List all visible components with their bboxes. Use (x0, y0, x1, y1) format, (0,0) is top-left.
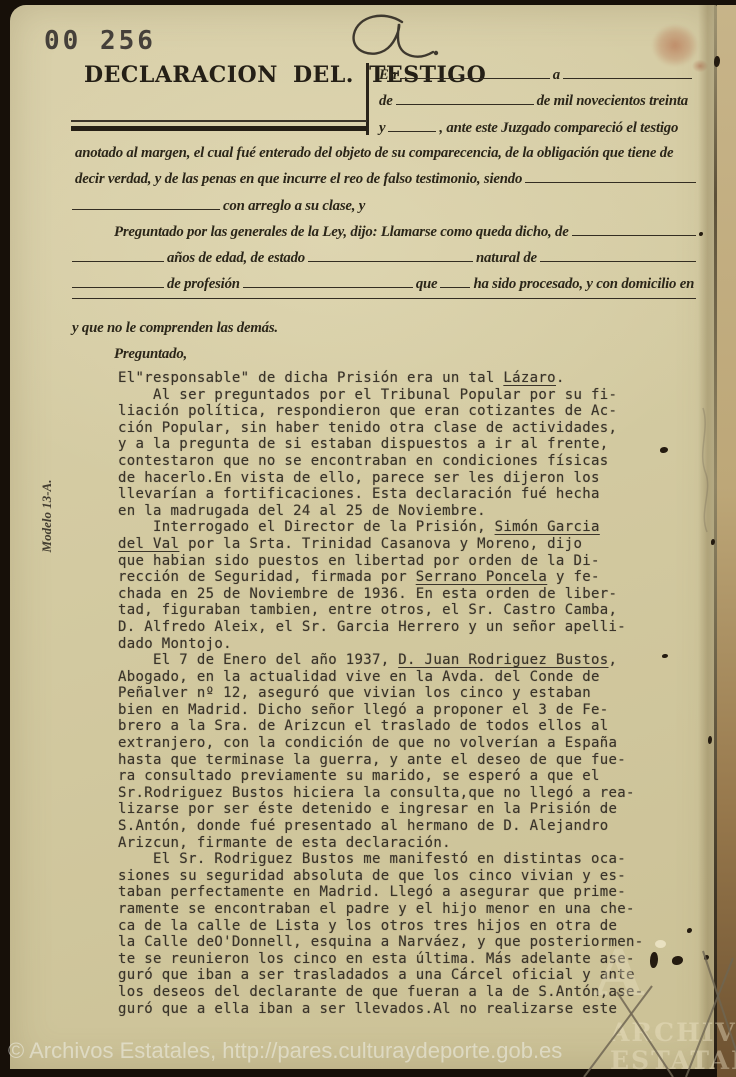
archive-watermark-line1: ARCHIVOS (610, 1018, 736, 1047)
typewritten-line: Peñalver nº 12, aseguró que vivian los c… (118, 685, 658, 702)
typewritten-line: ramente se encontraban el padre y el hij… (118, 901, 658, 918)
typed-text: ca de la calle de Lista y los otros tres… (118, 918, 617, 934)
typed-text: tad, figuraban tambien, entre otros, el … (118, 602, 617, 618)
blank-fill-line (72, 261, 164, 262)
typewritten-line: dado Montojo. (118, 636, 658, 653)
typewritten-line: Abogado, en la actualidad vive en la Avd… (118, 669, 658, 686)
underlined-name: D. Juan Rodriguez Bustos (398, 652, 608, 668)
pares-copyright-watermark: © Archivos Estatales, http://pares.cultu… (8, 1038, 562, 1064)
typewritten-line: brero a la Sra. de Arizcun el traslado d… (118, 718, 658, 735)
archive-watermark-line2: ESTATALES (610, 1046, 736, 1075)
form-text: de profesión (167, 271, 240, 297)
typed-text: hasta que terminase la guerra, y ante el… (118, 752, 626, 768)
underlined-name: del Val (118, 536, 179, 552)
typed-text: Peñalver nº 12, aseguró que vivian los c… (118, 685, 591, 701)
typed-text: rección de Seguridad, firmada por (118, 569, 416, 585)
typewritten-line: ción Popular, sin haber tenido otra clas… (118, 420, 658, 437)
typed-text: brero a la Sra. de Arizcun el traslado d… (118, 718, 609, 734)
typewritten-line: que habian sido puestos en libertad por … (118, 553, 658, 570)
typewritten-line: taban perfectamente en Madrid. Llegó a a… (118, 884, 658, 901)
typed-text: ramente se encontraban el padre y el hij… (118, 901, 635, 917)
typed-text: Arizcun, firmante de esta declaración. (118, 835, 451, 851)
typed-text: D. Alfredo Aleix, el Sr. Garcia Herrero … (118, 619, 626, 635)
typed-text: S.Antón, donde fué presentado al hermano… (118, 818, 609, 834)
blank-fill-line (388, 131, 436, 132)
typewritten-line: rección de Seguridad, firmada por Serran… (118, 569, 658, 586)
typewritten-line: la Calle deO'Donnell, esquina a Narváez,… (118, 934, 658, 951)
typed-text: El"responsable" de dicha Prisión era un … (118, 370, 503, 386)
typewritten-line: extranjero, con la condición de que no v… (118, 735, 658, 752)
typewritten-line: lizarse por ser éste detenido e ingresar… (118, 801, 658, 818)
form-text: decir verdad, y de las penas en que incu… (75, 166, 522, 192)
form-header-fields: Enadede mil novecientos treintay, ante e… (376, 62, 692, 141)
title-double-rule (71, 120, 367, 131)
typed-text: los deseos del declarante de que fueran … (118, 984, 644, 1000)
typewritten-line: El"responsable" de dicha Prisión era un … (118, 370, 658, 387)
typed-text: ra consultado previamente su marido, se … (118, 768, 600, 784)
blank-fill-line (72, 209, 220, 210)
blank-fill-line (540, 261, 696, 262)
blank-fill-line (72, 287, 164, 288)
typewritten-line: S.Antón, donde fué presentado al hermano… (118, 818, 658, 835)
typewritten-line: los deseos del declarante de que fueran … (118, 984, 658, 1001)
handwritten-letter-a (340, 8, 450, 66)
typewritten-line: chada en 25 de Noviembre de 1936. En est… (118, 586, 658, 603)
typed-text: te se reunieron los cinco en esta última… (118, 951, 635, 967)
typed-text: llevarían a fortificaciones. Esta declar… (118, 486, 600, 502)
blank-fill-line (572, 235, 696, 236)
margin-model-label: Modelo 13-A. (39, 455, 55, 577)
typed-text: la Calle deO'Donnell, esquina a Narváez,… (118, 934, 644, 950)
typed-text: , (609, 652, 618, 668)
form-row: Preguntado por las generales de la Ley, … (72, 219, 696, 245)
typewritten-line: ca de la calle de Lista y los otros tres… (118, 918, 658, 935)
form-text: , ante este Juzgado compareció el testig… (439, 115, 678, 141)
typewritten-line: Sr.Rodriguez Bustos hiciera la consulta,… (118, 785, 658, 802)
typed-text: . (556, 370, 565, 386)
typed-text: siones su seguridad absoluta de que los … (118, 868, 626, 884)
blank-fill-line (308, 261, 473, 262)
typewritten-line: de hacerlo.En vista de ello, parece ser … (118, 470, 658, 487)
typewritten-line: contestaron que no se encontraban en con… (118, 453, 658, 470)
blank-fill-line (400, 78, 550, 79)
typed-text: El Sr. Rodriguez Bustos me manifestó en … (118, 851, 626, 867)
form-row: dede mil novecientos treinta (376, 88, 692, 114)
typewritten-line: Al ser preguntados por el Tribunal Popul… (118, 387, 658, 404)
typewritten-line: siones su seguridad absoluta de que los … (118, 868, 658, 885)
form-text: años de edad, de estado (167, 245, 305, 271)
form-text: y (379, 115, 385, 141)
typed-text: Interrogado el Director de la Prisión, (118, 519, 495, 535)
typewritten-line: llevarían a fortificaciones. Esta declar… (118, 486, 658, 503)
typed-text: guró que iban a ser trasladados a una Cá… (118, 967, 635, 983)
typed-text: contestaron que no se encontraban en con… (118, 453, 609, 469)
form-text: En (379, 62, 397, 88)
form-row: con arreglo a su clase, y (72, 193, 696, 219)
blank-fill-line (563, 78, 692, 79)
form-row: Ena (376, 62, 692, 88)
form-text: que (416, 271, 438, 297)
typed-text: dado Montojo. (118, 636, 232, 652)
form-text: ha sido procesado, y con domicilio en (473, 271, 694, 297)
typed-text: bien en Madrid. Dicho señor llegó a prop… (118, 702, 609, 718)
typed-text: por la Srta. Trinidad Casanova y Moreno,… (179, 536, 582, 552)
typewritten-line: del Val por la Srta. Trinidad Casanova y… (118, 536, 658, 553)
form-text: de mil novecientos treinta (537, 88, 688, 114)
typed-text: El 7 de Enero del año 1937, (118, 652, 398, 668)
typewritten-testimony: El"responsable" de dicha Prisión era un … (118, 370, 658, 1017)
form-row: años de edad, de estadonatural de (72, 245, 696, 271)
typewritten-line: te se reunieron los cinco en esta última… (118, 951, 658, 968)
form-clause-note: y que no le comprenden las demás. (72, 320, 278, 337)
form-row: anotado al margen, el cual fué enterado … (72, 140, 696, 166)
typed-text: taban perfectamente en Madrid. Llegó a a… (118, 884, 626, 900)
under-page-strip (717, 5, 736, 1077)
typed-text: Al ser preguntados por el Tribunal Popul… (118, 387, 617, 403)
typed-text: guró que a ella iban a ser llevados.Al n… (118, 1001, 617, 1017)
typewritten-line: El 7 de Enero del año 1937, D. Juan Rodr… (118, 652, 658, 669)
typed-text: Abogado, en la actualidad vive en la Avd… (118, 669, 600, 685)
blank-fill-line (525, 182, 696, 183)
typed-text: chada en 25 de Noviembre de 1936. En est… (118, 586, 617, 602)
form-row: de profesiónqueha sido procesado, y con … (72, 271, 696, 297)
typed-text: y a la pregunta de si estaban dispuestos… (118, 436, 609, 452)
typewritten-line: hasta que terminase la guerra, y ante el… (118, 752, 658, 769)
typed-text: Sr.Rodriguez Bustos hiciera la consulta,… (118, 785, 635, 801)
archive-logo-watermark: A (594, 936, 644, 1011)
blank-fill-line (396, 104, 534, 105)
underlined-name: Simón Garcia (495, 519, 600, 535)
form-text: de (379, 88, 393, 114)
form-row: decir verdad, y de las penas en que incu… (72, 166, 696, 192)
form-text: con arreglo a su clase, y (223, 193, 365, 219)
typewritten-line: en la madrugada del 24 al 25 de Noviembr… (118, 503, 658, 520)
form-text: Preguntado por las generales de la Ley, … (114, 219, 569, 245)
typed-text: ción Popular, sin haber tenido otra clas… (118, 420, 617, 436)
underlined-name: Serrano Poncela (416, 569, 547, 585)
typed-text: que habian sido puestos en libertad por … (118, 553, 600, 569)
paper-damage-spot (655, 940, 666, 948)
typewritten-line: guró que iban a ser trasladados a una Cá… (118, 967, 658, 984)
page-crease (698, 5, 714, 1069)
blank-fill-line (72, 298, 696, 299)
blank-fill-line (440, 287, 470, 288)
form-preguntado-label: Preguntado, (114, 346, 187, 363)
typed-text: de hacerlo.En vista de ello, parece ser … (118, 470, 600, 486)
typed-text: lizarse por ser éste detenido e ingresar… (118, 801, 617, 817)
typed-text: extranjero, con la condición de que no v… (118, 735, 617, 751)
typed-text: y fe- (547, 569, 600, 585)
typewritten-line: bien en Madrid. Dicho señor llegó a prop… (118, 702, 658, 719)
typewritten-line: tad, figuraban tambien, entre otros, el … (118, 602, 658, 619)
form-text: a (553, 62, 560, 88)
form-row: y, ante este Juzgado compareció el testi… (376, 115, 692, 141)
folio-number-stamp: 00 256 (44, 26, 156, 56)
underlined-name: Lázaro (503, 370, 556, 386)
form-text: anotado al margen, el cual fué enterado … (75, 140, 673, 166)
photo-backdrop: 00 256 DECLARACION DEL. TESTIGO Enadede … (0, 0, 736, 1077)
typewritten-line: y a la pregunta de si estaban dispuestos… (118, 436, 658, 453)
typewritten-line: liación política, respondieron que eran … (118, 403, 658, 420)
typed-text: en la madrugada del 24 al 25 de Noviembr… (118, 503, 486, 519)
form-body-fields: anotado al margen, el cual fué enterado … (72, 140, 696, 324)
blank-fill-line (243, 287, 413, 288)
form-text: natural de (476, 245, 537, 271)
typewritten-line: guró que a ella iban a ser llevados.Al n… (118, 1001, 658, 1018)
typewritten-line: El Sr. Rodriguez Bustos me manifestó en … (118, 851, 658, 868)
typewritten-line: Interrogado el Director de la Prisión, S… (118, 519, 658, 536)
typewritten-line: ra consultado previamente su marido, se … (118, 768, 658, 785)
typewritten-line: D. Alfredo Aleix, el Sr. Garcia Herrero … (118, 619, 658, 636)
typewritten-line: Arizcun, firmante de esta declaración. (118, 835, 658, 852)
typed-text: liación política, respondieron que eran … (118, 403, 617, 419)
rust-stain-small (690, 58, 710, 74)
